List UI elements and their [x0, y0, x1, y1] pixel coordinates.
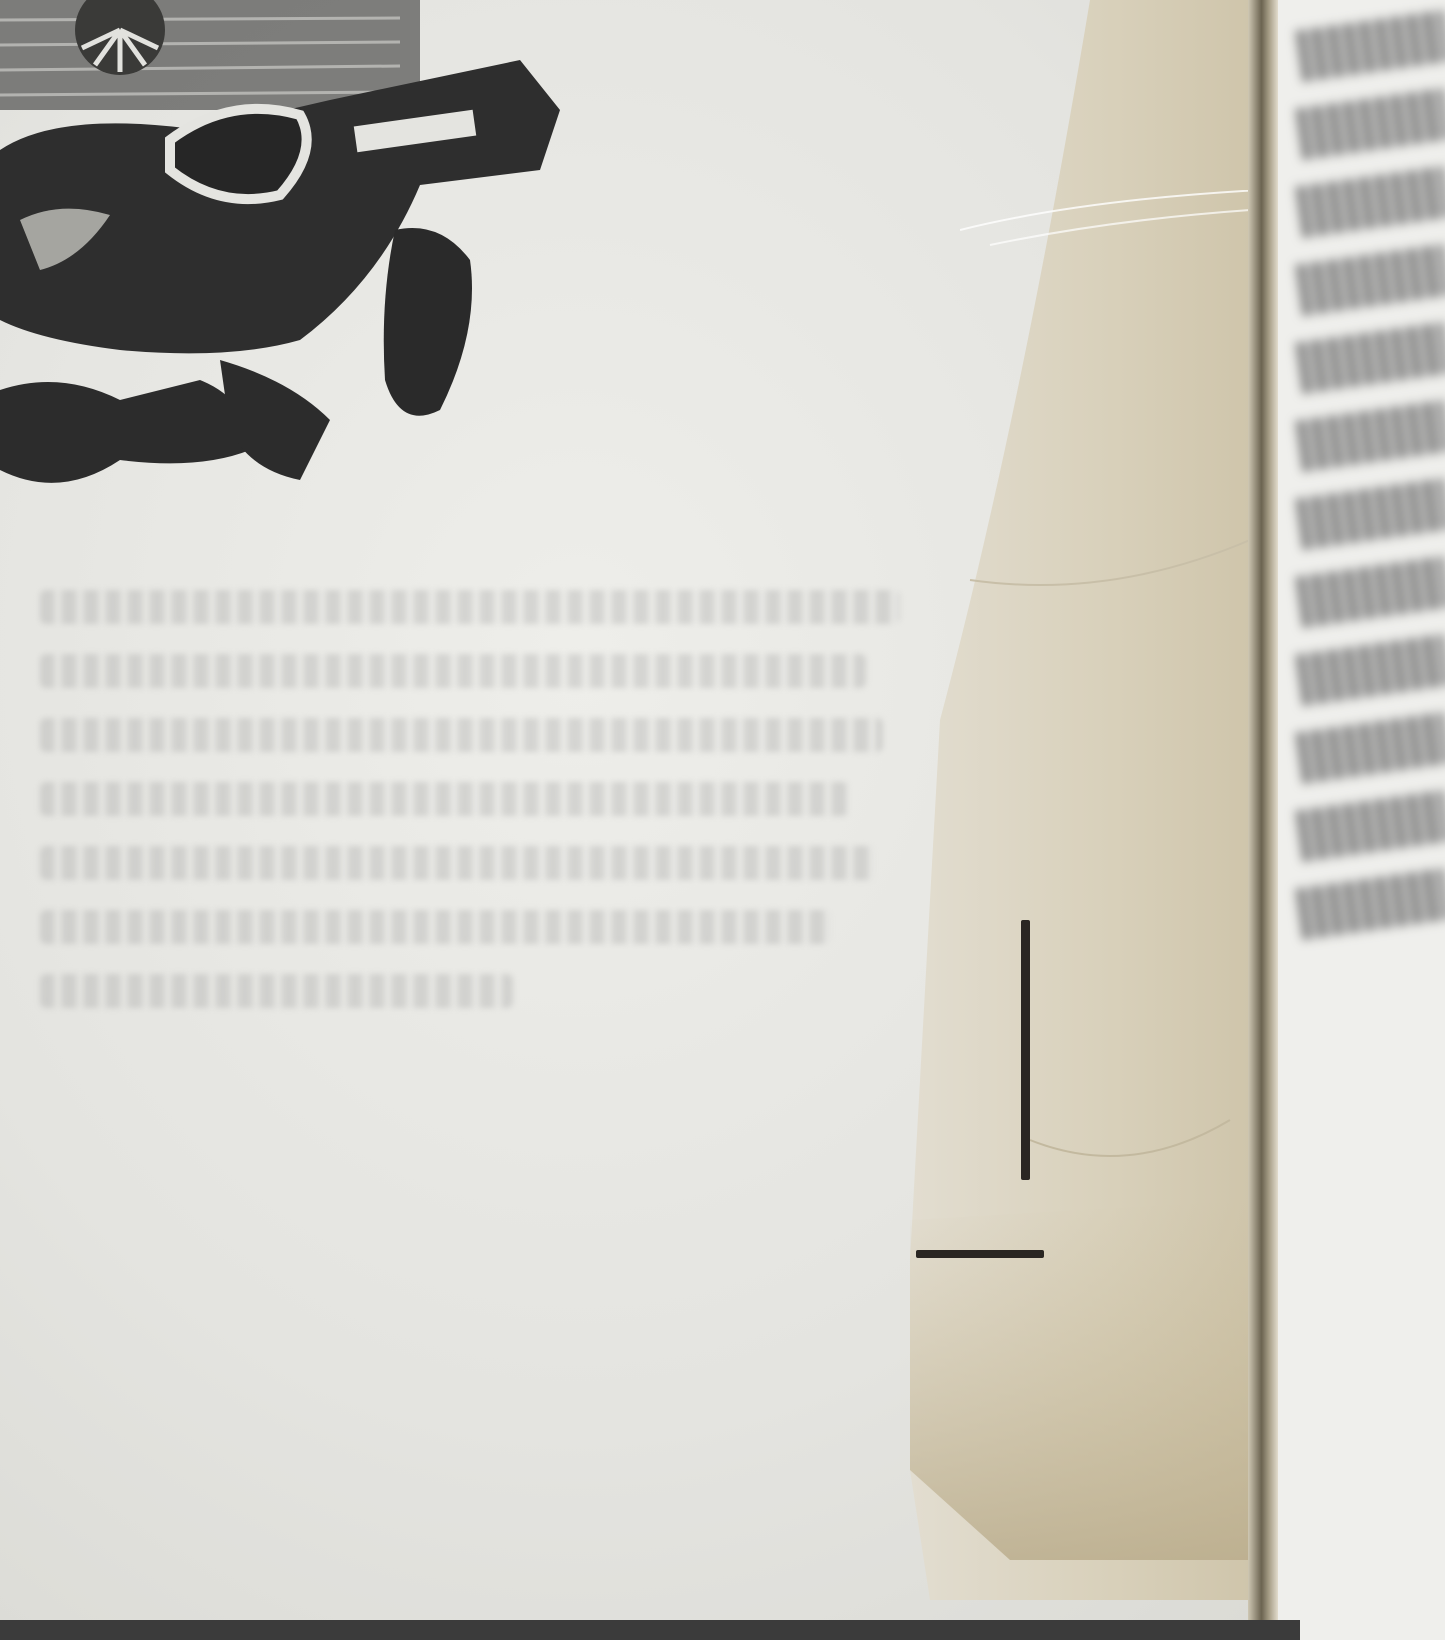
- blurred-text-line: [1295, 790, 1445, 862]
- blurred-text-line: [1295, 244, 1445, 316]
- blurred-text-line: [1295, 400, 1445, 472]
- ruling-mark-horizontal: [916, 1250, 1044, 1258]
- book-page-photo: [0, 0, 1445, 1640]
- gutter-fold: [1248, 0, 1278, 1640]
- blurred-text-line: [1295, 322, 1445, 394]
- stray-fibers: [960, 190, 1280, 250]
- blurred-text-line: [1295, 10, 1445, 82]
- blurred-text-line: [1295, 166, 1445, 238]
- page-bottom-edge: [0, 1620, 1300, 1640]
- blurred-text-line: [1295, 556, 1445, 628]
- ghost-text-line: [40, 782, 848, 816]
- blurred-text-line: [1295, 478, 1445, 550]
- woodcut-ornament: [0, 0, 570, 530]
- ruling-mark-vertical: [1021, 920, 1030, 1180]
- ghost-text-line: [40, 910, 831, 944]
- ghost-text-line: [40, 718, 883, 752]
- show-through-text: [40, 590, 900, 1130]
- ghost-text-line: [40, 590, 900, 624]
- facing-page: [1278, 0, 1445, 1640]
- blurred-text-line: [1295, 712, 1445, 784]
- ghost-text-line: [40, 974, 513, 1008]
- blurred-text-line: [1295, 88, 1445, 160]
- blurred-text-line: [1295, 868, 1445, 940]
- facing-page-text: [1298, 20, 1445, 956]
- ghost-text-line: [40, 654, 866, 688]
- ghost-text-line: [40, 846, 874, 880]
- blurred-text-line: [1295, 634, 1445, 706]
